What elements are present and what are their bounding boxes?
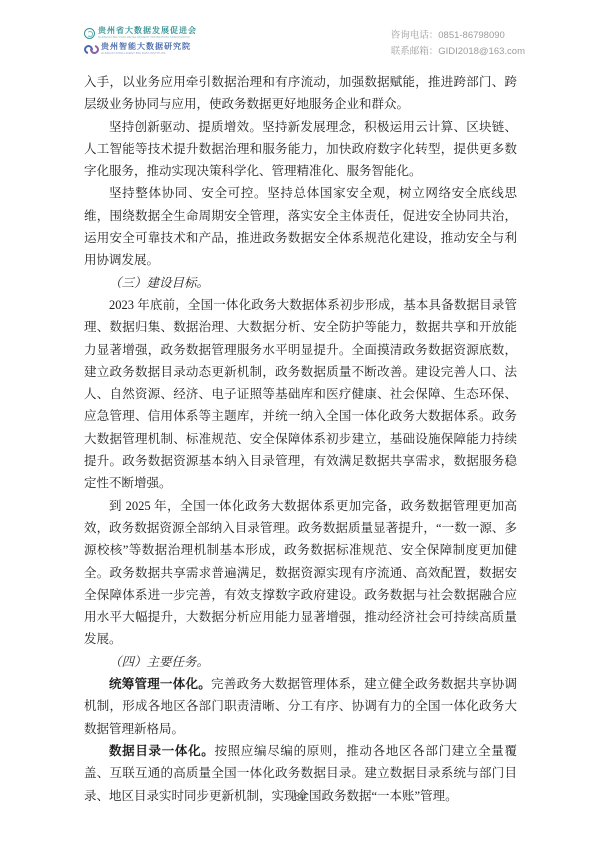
paragraph: 统筹管理一体化。完善政务大数据管理体系，建立健全政务数据共享协调机制，形成各地区… — [84, 673, 517, 740]
org2-subtitle: GUIZHOU INTELLIGENT BIG DATA INSTITUTE — [101, 52, 166, 54]
org1-logo: 贵州省大数据发展促进会 GUIZHOU BIG DATA DEVELOPMENT… — [84, 27, 282, 40]
org2-name: 贵州智能大数据研究院 — [101, 43, 230, 51]
paragraph: 坚持整体协同、安全可控。坚持总体国家安全观，树立网络安全底线思维，围绕数据全生命… — [84, 182, 517, 271]
document-page: 贵州省大数据发展促进会 GUIZHOU BIG DATA DEVELOPMENT… — [0, 0, 600, 848]
email-value: GIDI2018@163.com — [438, 46, 525, 57]
phone-value: 0851-86798090 — [438, 30, 505, 41]
phone-label: 咨询电话： — [391, 30, 439, 41]
page-number: 80 — [0, 791, 600, 803]
email-label: 联系邮箱： — [391, 46, 439, 57]
header-logos: 贵州省大数据发展促进会 GUIZHOU BIG DATA DEVELOPMENT… — [84, 27, 282, 56]
paragraph: 坚持创新驱动、提质增效。坚持新发展理念，积极运用云计算、区块链、人工智能等技术提… — [84, 116, 517, 183]
paragraph: 入手，以业务应用牵引数据治理和有序流动，加强数据赋能，推进跨部门、跨层级业务协同… — [84, 71, 517, 116]
org1-swirl-icon — [84, 28, 95, 39]
section-heading: （四）主要任务。 — [84, 651, 517, 673]
org1-name: 贵州省大数据发展促进会 — [98, 27, 282, 35]
paragraph-lead: 数据目录一体化。 — [109, 744, 214, 758]
section-heading: （三）建设目标。 — [84, 272, 517, 294]
contact-email-line: 联系邮箱：GIDI2018@163.com — [391, 44, 525, 60]
org1-subtitle: GUIZHOU BIG DATA DEVELOPMENT PROMOTION A… — [98, 36, 190, 38]
paragraph-lead: 统筹管理一体化。 — [109, 677, 211, 691]
body-paragraphs: 入手，以业务应用牵引数据治理和有序流动，加强数据赋能，推进跨部门、跨层级业务协同… — [84, 71, 517, 807]
org2-go-icon — [84, 44, 98, 55]
contact-phone-line: 咨询电话：0851-86798090 — [391, 28, 525, 44]
header-contact: 咨询电话：0851-86798090 联系邮箱：GIDI2018@163.com — [391, 28, 525, 60]
paragraph: 到 2025 年，全国一体化政务大数据体系更加完备，政务数据管理更加高效，政务数… — [84, 495, 517, 651]
org2-logo: 贵州智能大数据研究院 GUIZHOU INTELLIGENT BIG DATA … — [84, 43, 282, 56]
paragraph: 2023 年底前，全国一体化政务大数据体系初步形成，基本具备数据目录管理、数据归… — [84, 294, 517, 495]
